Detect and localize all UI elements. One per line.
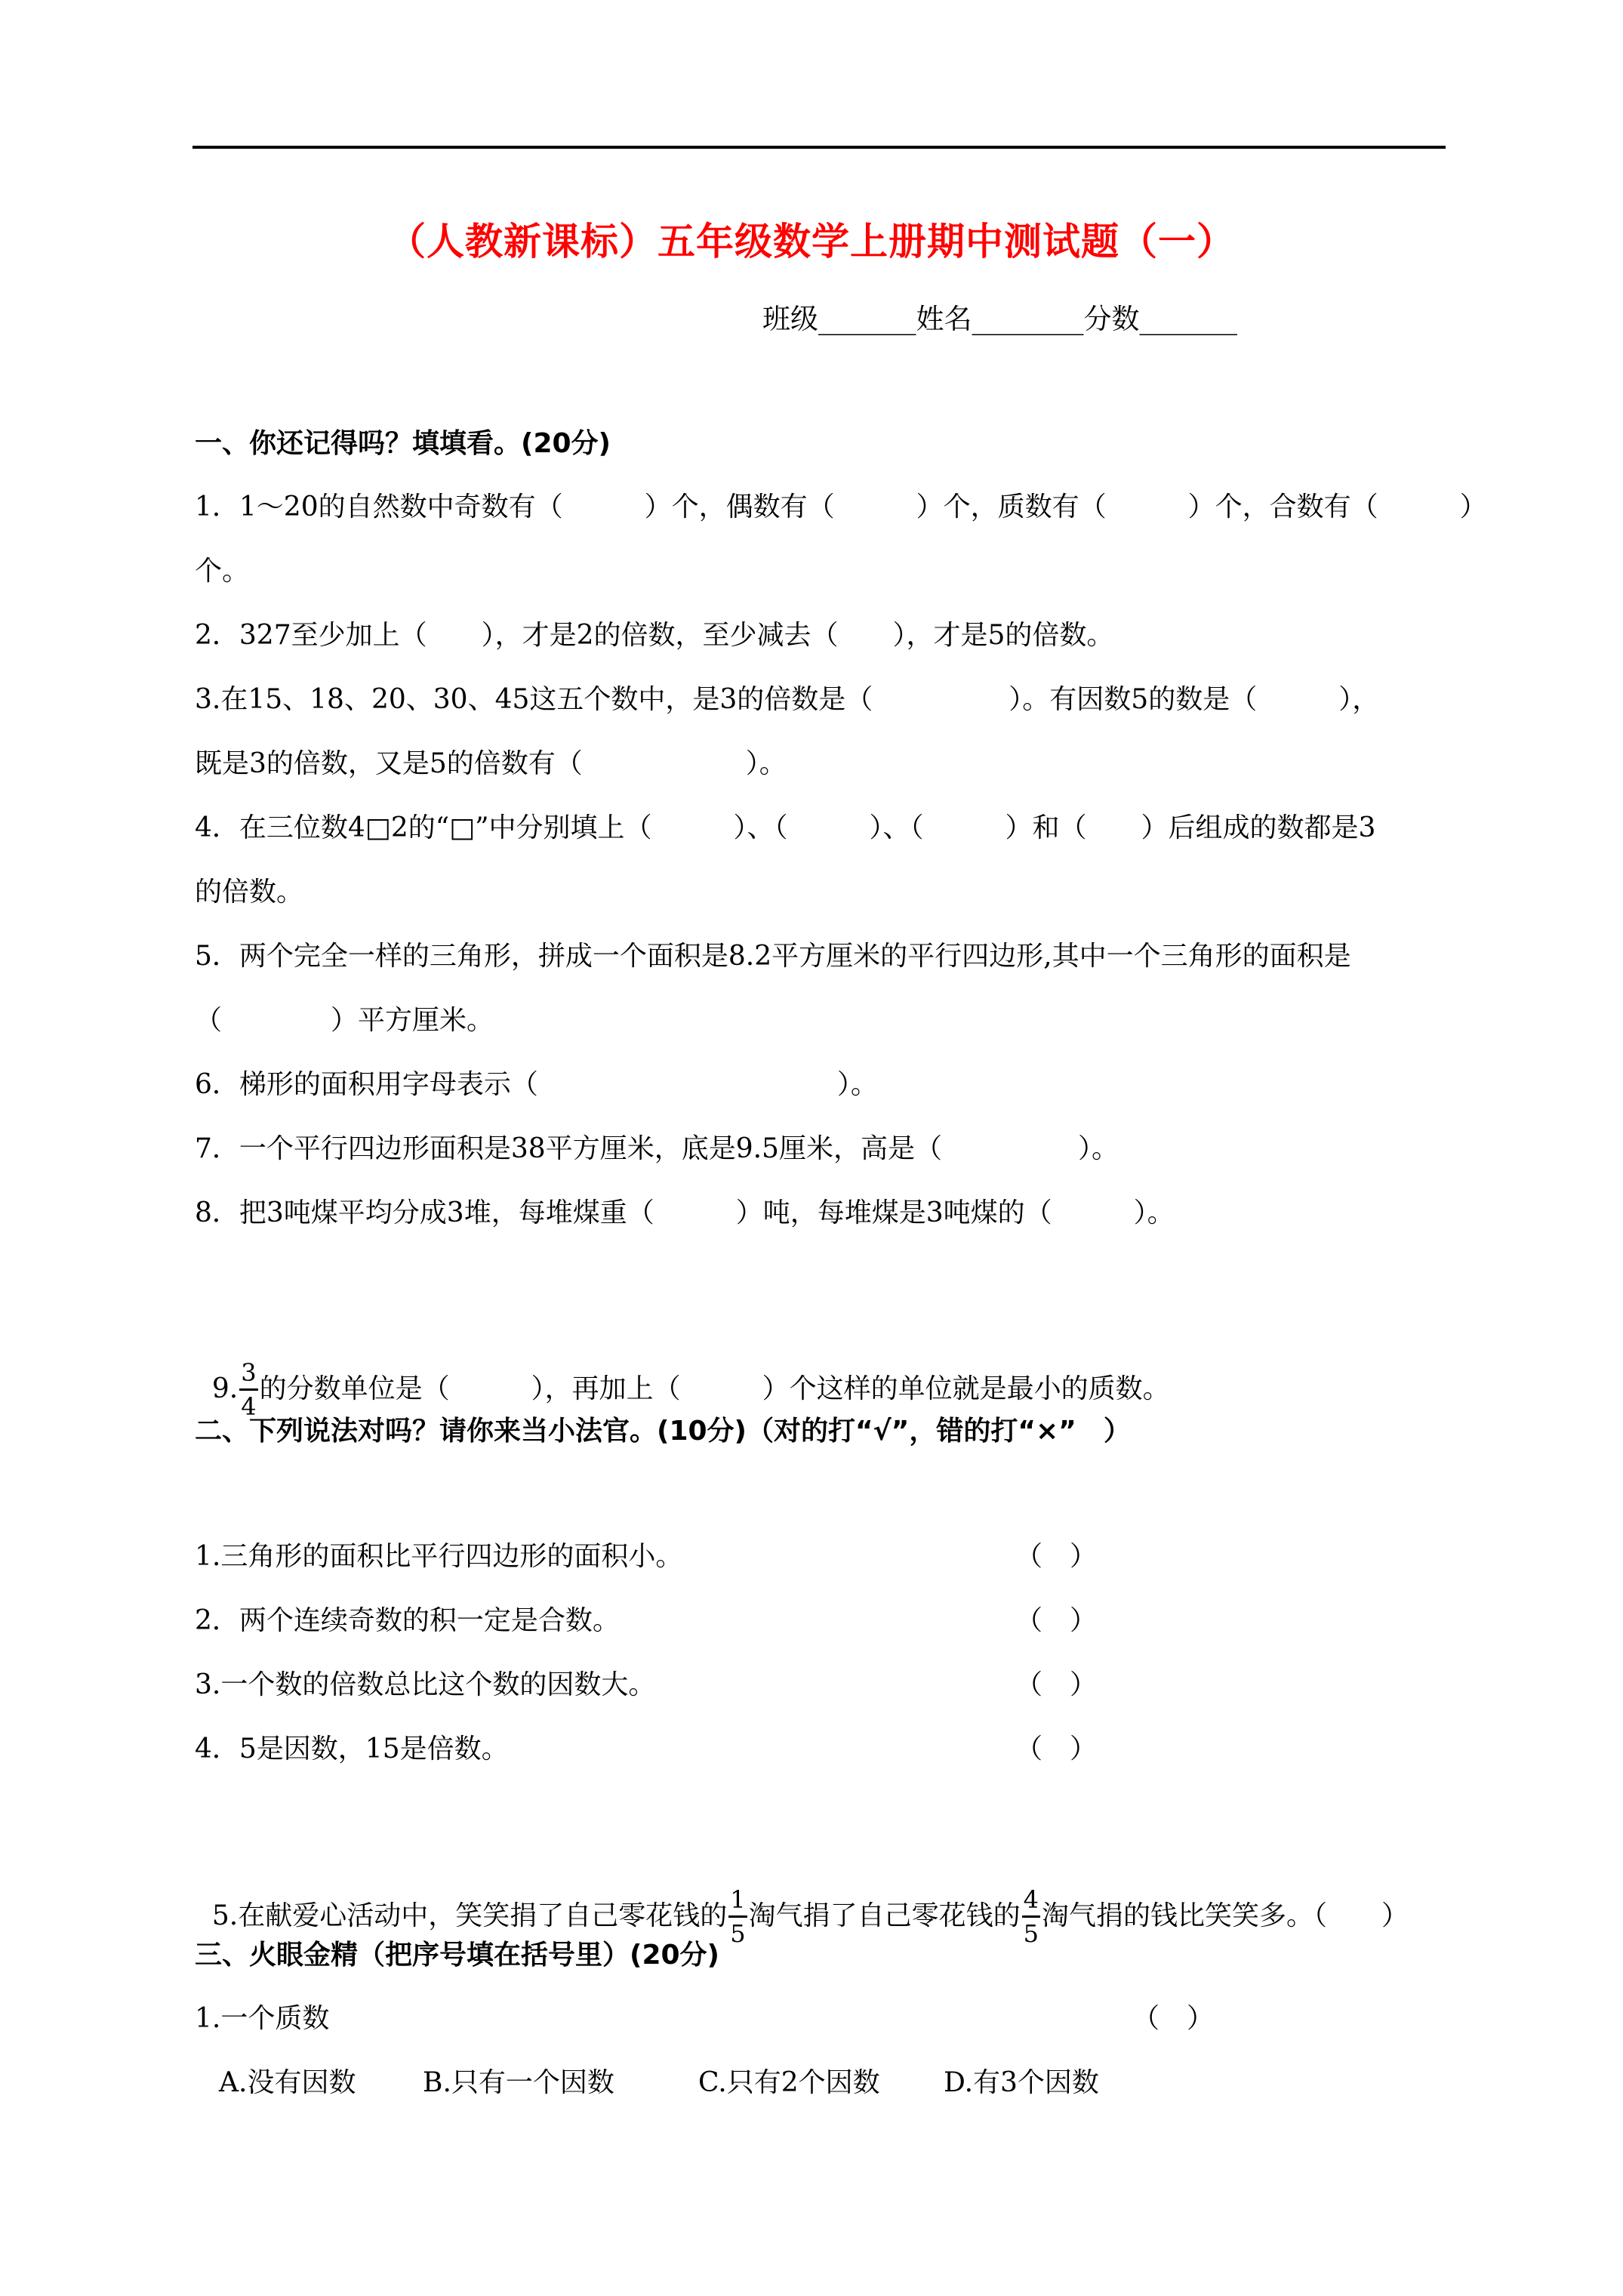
judge-answer-3[interactable]: （ ） — [1015, 1667, 1097, 1703]
question-3-line-1: 3.在15、18、20、30、45这五个数中，是3的倍数是（ ）。有因数5的数是… — [195, 682, 1379, 718]
statement-5-part-2: 淘气捐了自己零花钱的 — [749, 1900, 1021, 1931]
judge-answer-4[interactable]: （ ） — [1015, 1731, 1097, 1767]
statement-3: 3.一个数的倍数总比这个数的因数大。 — [195, 1667, 655, 1703]
question-1-line-1: 1．1～20的自然数中奇数有（ ）个，偶数有（ ）个，质数有（ ）个，合数有（ … — [195, 489, 1487, 525]
section-2-heading: 二、下列说法对吗？请你来当小法官。(10分)（对的打“√”，错的打“×” ） — [195, 1413, 1131, 1450]
question-6: 6．梯形的面积用字母表示（ ）。 — [195, 1067, 878, 1103]
question-4-line-2: 的倍数。 — [195, 874, 303, 911]
question-5-line-2: （ ）平方厘米。 — [195, 1003, 494, 1039]
choice-option-a: A.没有因数 — [219, 2065, 356, 2101]
statement-5-part-3: 淘气捐的钱比笑笑多。（ ） — [1042, 1900, 1409, 1931]
fraction-1-5: 15 — [728, 1884, 747, 1949]
question-4-line-1: 4．在三位数4□2的“□”中分别填上（ ）、（ ）、（ ）和（ ）后组成的数都是… — [195, 810, 1375, 846]
section-3-heading: 三、火眼金精（把序号填在括号里）(20分) — [195, 1937, 719, 1974]
question-9: 9.34的分数单位是（ ），再加上（ ）个这样的单位就是最小的质数。 — [195, 1253, 1170, 1435]
statement-2: 2．两个连续奇数的积一定是合数。 — [195, 1603, 620, 1639]
fraction-4-5: 45 — [1022, 1884, 1040, 1949]
choice-answer-1[interactable]: （ ） — [1132, 2001, 1214, 2037]
question-7: 7．一个平行四边形面积是38平方厘米，底是9.5厘米，高是（ ）。 — [195, 1131, 1119, 1167]
header-rule — [192, 146, 1446, 149]
statement-5-part-1: 5.在献爱心活动中，笑笑捐了自己零花钱的 — [212, 1900, 727, 1931]
student-info-line: 班级_______姓名________分数_______ — [762, 296, 1237, 337]
fraction-numerator: 1 — [728, 1884, 747, 1918]
judge-answer-1[interactable]: （ ） — [1015, 1539, 1097, 1575]
question-5-line-1: 5．两个完全一样的三角形，拼成一个面积是8.2平方厘米的平行四边形,其中一个三角… — [195, 938, 1351, 975]
choice-option-c: C.只有2个因数 — [698, 2065, 880, 2101]
choice-question-1-stem: 1.一个质数 — [195, 2001, 329, 2037]
judge-answer-2[interactable]: （ ） — [1015, 1603, 1097, 1639]
question-9-text: 的分数单位是（ ），再加上（ ）个这样的单位就是最小的质数。 — [260, 1373, 1170, 1404]
statement-4: 4．5是因数，15是倍数。 — [195, 1731, 509, 1767]
fraction-denominator: 5 — [730, 1918, 745, 1949]
choice-option-d: D.有3个因数 — [944, 2065, 1099, 2101]
question-1-line-2: 个。 — [195, 553, 249, 590]
page-title: （人教新课标）五年级数学上册期中测试题（一） — [0, 211, 1623, 266]
statement-5: 5.在献爱心活动中，笑笑捐了自己零花钱的15淘气捐了自己零花钱的45淘气捐的钱比… — [195, 1780, 1409, 1962]
choice-option-b: B.只有一个因数 — [423, 2065, 614, 2101]
question-9-number: 9. — [212, 1373, 238, 1404]
fraction-numerator: 3 — [239, 1357, 257, 1391]
fraction-numerator: 4 — [1022, 1884, 1040, 1918]
fraction-3-4: 34 — [239, 1357, 257, 1422]
question-8: 8．把3吨煤平均分成3堆，每堆煤重（ ）吨，每堆煤是3吨煤的（ ）。 — [195, 1195, 1175, 1231]
fraction-denominator: 5 — [1024, 1918, 1039, 1949]
statement-1: 1.三角形的面积比平行四边形的面积小。 — [195, 1539, 682, 1575]
question-2: 2．327至少加上（ ），才是2的倍数，至少减去（ ），才是5的倍数。 — [195, 618, 1113, 654]
section-1-heading: 一、你还记得吗？填填看。(20分) — [195, 426, 611, 462]
question-3-line-2: 既是3的倍数，又是5的倍数有（ ）。 — [195, 746, 787, 782]
